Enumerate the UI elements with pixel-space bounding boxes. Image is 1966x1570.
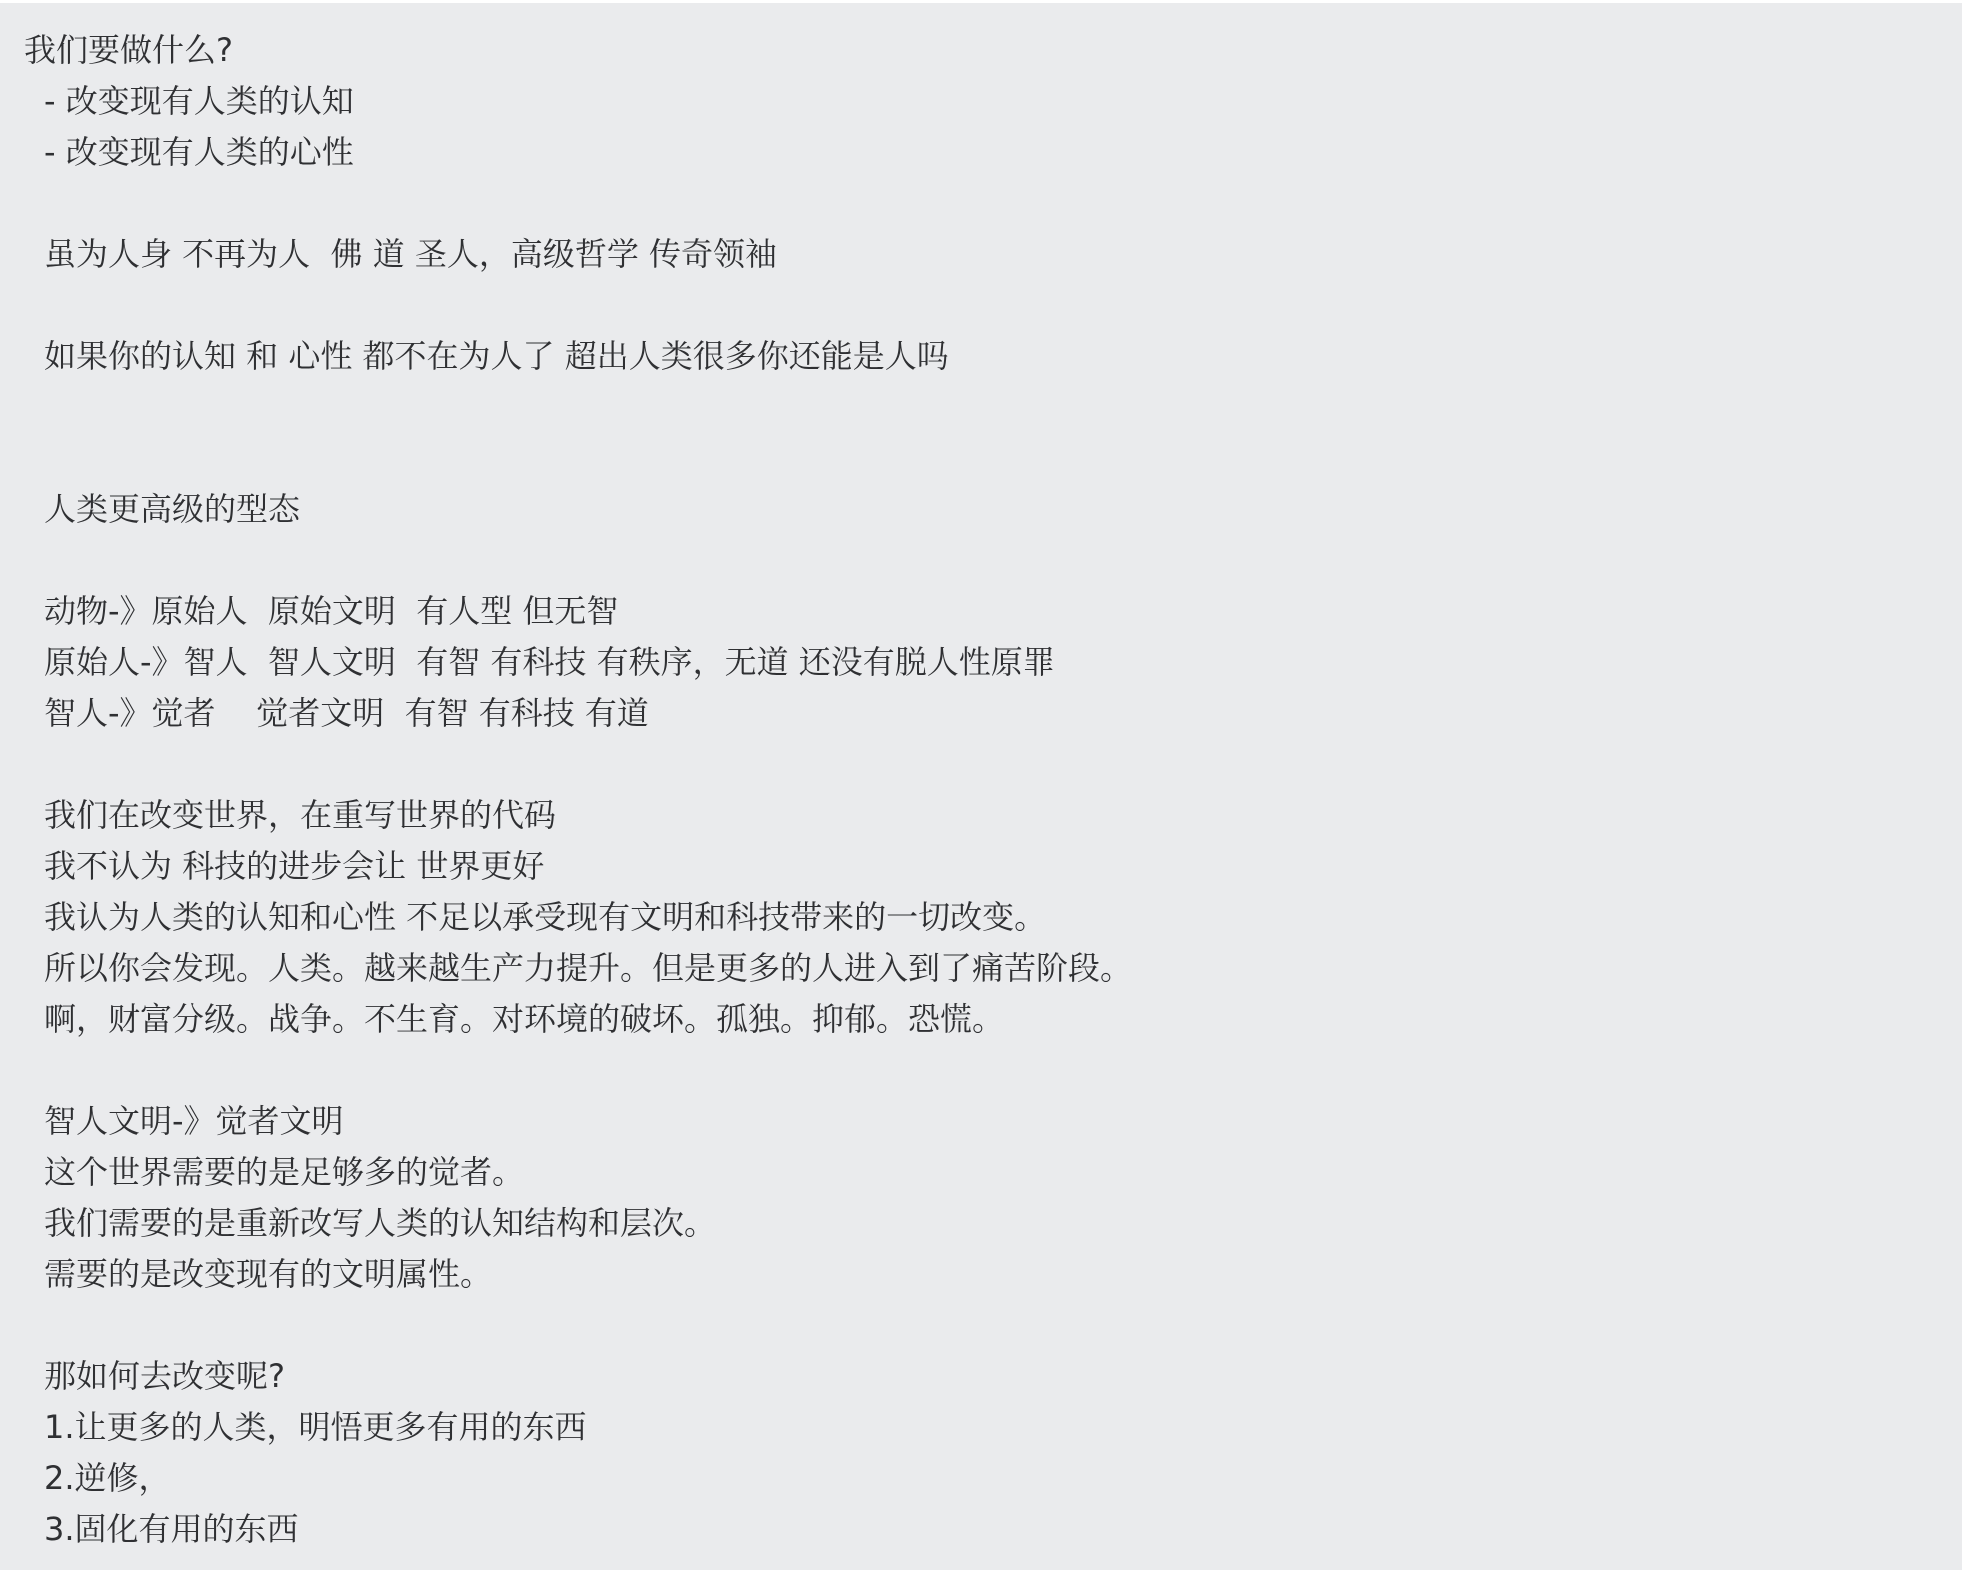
blank-line — [24, 535, 1962, 586]
heading-line: 我们要做什么? — [24, 25, 1962, 76]
blank-line — [24, 382, 1962, 433]
text-line: 我认为人类的认知和心性 不足以承受现有文明和科技带来的一切改变。 — [24, 892, 1962, 943]
numbered-item: 2.逆修， — [24, 1453, 1962, 1504]
blank-line — [24, 739, 1962, 790]
bullet-item: - 改变现有人类的心性 — [24, 127, 1962, 178]
blank-line — [24, 433, 1962, 484]
blank-line — [24, 1045, 1962, 1096]
section-title: 人类更高级的型态 — [24, 484, 1962, 535]
text-panel: 我们要做什么? - 改变现有人类的认知 - 改变现有人类的心性 虽为人身 不再为… — [0, 3, 1962, 1570]
section-title: 智人文明-》觉者文明 — [24, 1096, 1962, 1147]
text-line: 虽为人身 不再为人 佛 道 圣人，高级哲学 传奇领袖 — [24, 229, 1962, 280]
text-line: 我们需要的是重新改写人类的认知结构和层次。 — [24, 1198, 1962, 1249]
text-line: 所以你会发现。人类。越来越生产力提升。但是更多的人进入到了痛苦阶段。 — [24, 943, 1962, 994]
bullet-item: - 改变现有人类的认知 — [24, 76, 1962, 127]
document-body: 我们要做什么? - 改变现有人类的认知 - 改变现有人类的心性 虽为人身 不再为… — [24, 25, 1962, 1555]
stage-line: 原始人-》智人 智人文明 有智 有科技 有秩序，无道 还没有脱人性原罪 — [24, 637, 1962, 688]
text-line: 我不认为 科技的进步会让 世界更好 — [24, 841, 1962, 892]
text-line: 这个世界需要的是足够多的觉者。 — [24, 1147, 1962, 1198]
text-line: 我们在改变世界，在重写世界的代码 — [24, 790, 1962, 841]
numbered-item: 3.固化有用的东西 — [24, 1504, 1962, 1555]
stage-line: 智人-》觉者 觉者文明 有智 有科技 有道 — [24, 688, 1962, 739]
blank-line — [24, 280, 1962, 331]
text-line: 啊，财富分级。战争。不生育。对环境的破坏。孤独。抑郁。恐慌。 — [24, 994, 1962, 1045]
blank-line — [24, 1300, 1962, 1351]
numbered-item: 1.让更多的人类，明悟更多有用的东西 — [24, 1402, 1962, 1453]
stage-line: 动物-》原始人 原始文明 有人型 但无智 — [24, 586, 1962, 637]
blank-line — [24, 178, 1962, 229]
text-line: 如果你的认知 和 心性 都不在为人了 超出人类很多你还能是人吗 — [24, 331, 1962, 382]
text-line: 需要的是改变现有的文明属性。 — [24, 1249, 1962, 1300]
question-line: 那如何去改变呢? — [24, 1351, 1962, 1402]
